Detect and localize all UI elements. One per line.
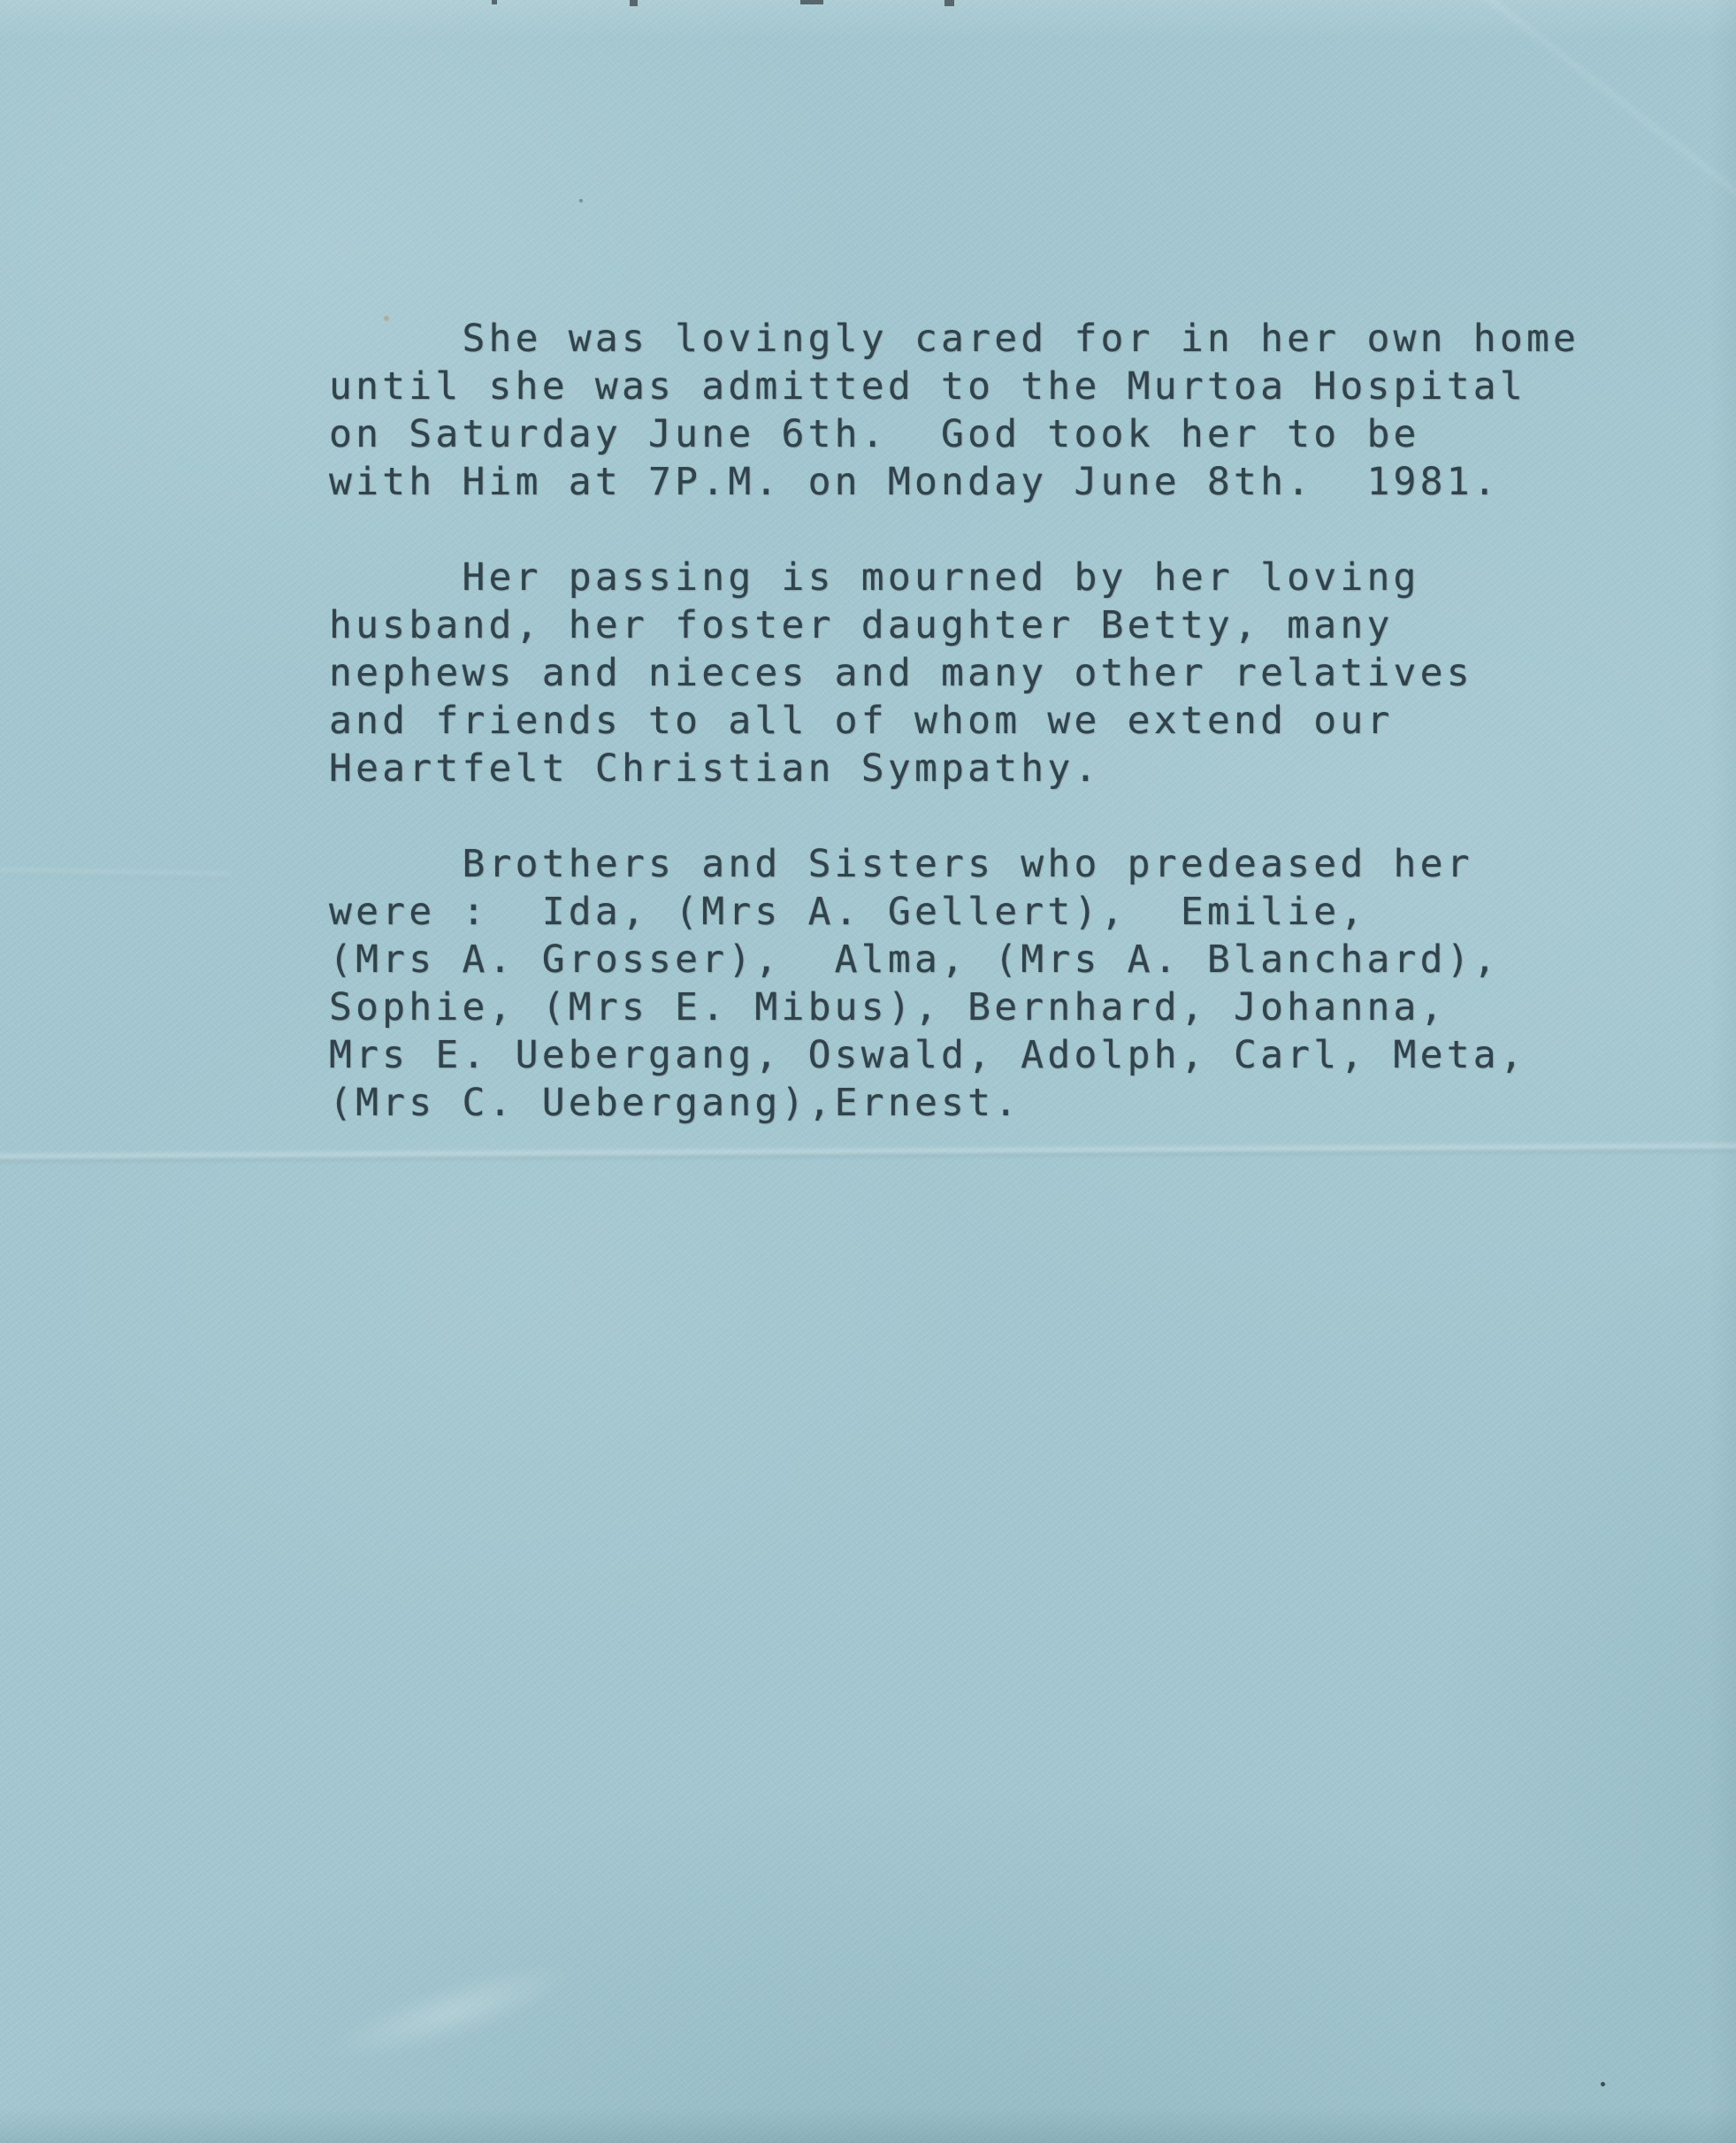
text-line: Her passing is mourned by her loving	[329, 554, 1579, 601]
paper-speck	[1601, 2082, 1605, 2086]
paper-crease-top-right	[1445, 0, 1736, 277]
text-line: (Mrs C. Uebergang),Ernest.	[329, 1079, 1579, 1127]
paper-speck	[579, 199, 583, 203]
top-edge-mark	[492, 0, 497, 4]
paragraph-hospital-death-details: She was lovingly cared for in her own ho…	[329, 315, 1579, 506]
text-line: and friends to all of whom we extend our	[329, 697, 1579, 745]
text-line: Heartfelt Christian Sympathy.	[329, 745, 1579, 792]
text-line: Brothers and Sisters who predeased her	[329, 840, 1579, 888]
top-edge-mark	[800, 0, 823, 4]
text-line: She was lovingly cared for in her own ho…	[329, 315, 1579, 363]
top-edge-mark	[630, 0, 638, 6]
top-edge-mark	[944, 0, 954, 6]
text-line: nephews and nieces and many other relati…	[329, 649, 1579, 697]
text-line: (Mrs A. Grosser), Alma, (Mrs A. Blanchar…	[329, 936, 1579, 983]
paragraph-predeceased-siblings: Brothers and Sisters who predeased her w…	[329, 840, 1579, 1127]
text-line: Mrs E. Uebergang, Oswald, Adolph, Carl, …	[329, 1031, 1579, 1079]
text-line: on Saturday June 6th. God took her to be	[329, 410, 1579, 458]
scanned-page: She was lovingly cared for in her own ho…	[0, 0, 1736, 2143]
paper-sheen	[262, 1917, 639, 2107]
text-line: with Him at 7P.M. on Monday June 8th. 19…	[329, 458, 1579, 506]
text-line: were : Ida, (Mrs A. Gellert), Emilie,	[329, 888, 1579, 936]
paper-crease-horizontal	[0, 1141, 1736, 1164]
paper-crease-left-edge	[0, 869, 230, 880]
text-line: husband, her foster daughter Betty, many	[329, 601, 1579, 649]
paragraph-mourners: Her passing is mourned by her loving hus…	[329, 554, 1579, 792]
text-line: Sophie, (Mrs E. Mibus), Bernhard, Johann…	[329, 983, 1579, 1031]
text-line: until she was admitted to the Murtoa Hos…	[329, 363, 1579, 410]
typewritten-text: She was lovingly cared for in her own ho…	[329, 315, 1579, 1127]
